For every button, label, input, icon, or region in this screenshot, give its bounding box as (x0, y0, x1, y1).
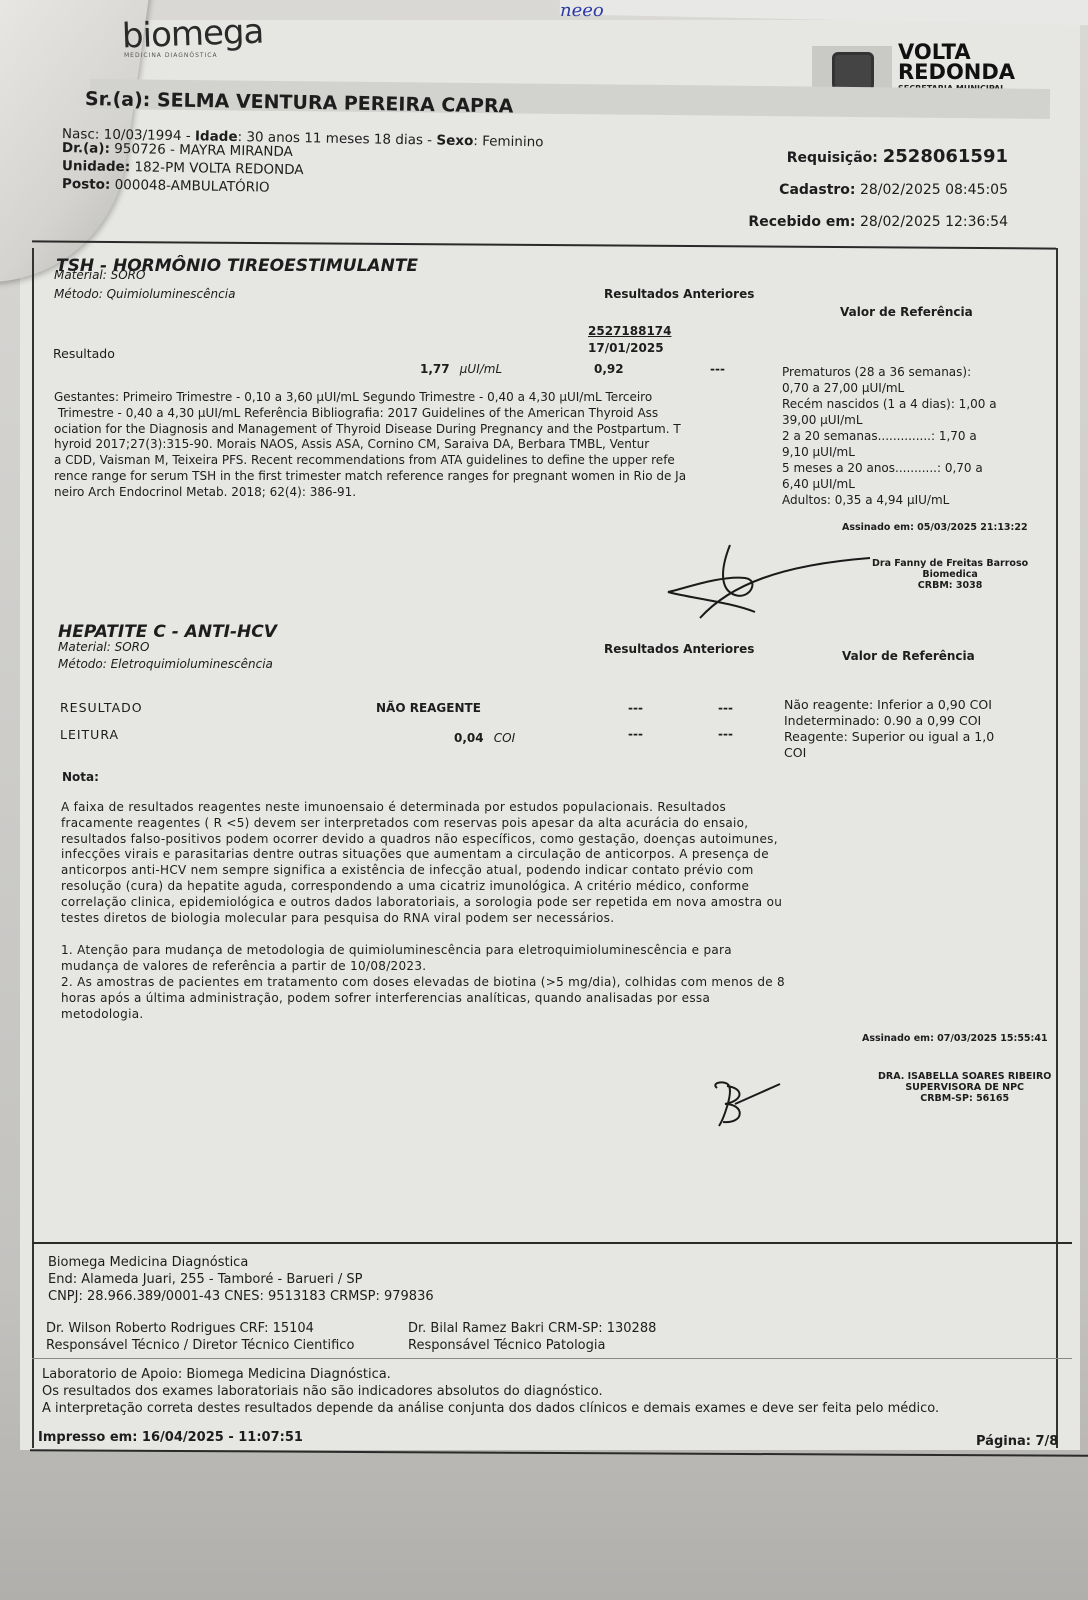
hcv-row-prev1-reading: --- (628, 727, 643, 741)
tsh-previous-date: 17/01/2025 (588, 341, 664, 355)
hcv-note-label: Nota: (62, 770, 99, 784)
hcv-reference-line: Não reagente: Inferior a 0,90 COI (784, 697, 1029, 713)
hcv-material: Material: SORO (58, 640, 149, 654)
printed-at: Impresso em: 16/04/2025 - 11:07:51 (38, 1430, 303, 1445)
hcv-reference-line: COI (784, 745, 1029, 761)
hcv-reference-header: Valor de Referência (842, 649, 975, 663)
hcv-reference-line: Reagente: Superior ou igual a 1,0 (784, 729, 1029, 745)
hcv-signed-at: Assinado em: 07/03/2025 15:55:41 (862, 1033, 1048, 1044)
request-number: Requisição: 2528061591 (787, 146, 1008, 167)
biomega-logo: biomega (121, 12, 264, 57)
tsh-reference-line: Adultos: 0,35 a 4,94 µIU/mL (782, 492, 1027, 508)
tsh-previous-value: 0,92 (594, 362, 624, 376)
tsh-reference-header: Valor de Referência (840, 305, 973, 319)
tsh-material: Material: SORO (54, 268, 145, 282)
hcv-title: HEPATITE C - ANTI-HCV (58, 622, 277, 642)
hcv-note-text: A faixa de resultados reagentes neste im… (61, 800, 791, 926)
tsh-reference-line: 2 a 20 semanas..............: 1,70 a (782, 428, 1027, 444)
hcv-row-prev2-result: --- (718, 701, 733, 715)
hcv-row-label-result: RESULTADO (60, 700, 143, 715)
tsh-note-line: neiro Arch Endocrinol Metab. 2018; 62(4)… (54, 485, 774, 501)
tsh-reference-line: 39,00 µUI/mL (782, 412, 1027, 428)
tsh-previous-header: Resultados Anteriores (604, 287, 754, 301)
tsh-signed-at: Assinado em: 05/03/2025 21:13:22 (842, 522, 1028, 533)
footer-responsible-2: Dr. Bilal Ramez Bakri CRM-SP: 130288 Res… (408, 1320, 656, 1354)
tsh-reference-line: 0,70 a 27,00 µUI/mL (782, 380, 1027, 396)
tsh-reference-line: 9,10 µUI/mL (782, 444, 1027, 460)
tsh-note-line: a CDD, Vaisman M, Teixeira PFS. Recent r… (54, 453, 774, 469)
hcv-signer: DRA. ISABELLA SOARES RIBEIRO SUPERVISORA… (878, 1071, 1051, 1104)
tsh-result-label: Resultado (53, 346, 115, 361)
municipality-title: VOLTA REDONDA (898, 42, 1015, 82)
hcv-note-item-2: 2. As amostras de pacientes em tratament… (61, 975, 791, 1022)
hcv-method: Método: Eletroquimioluminescência (58, 657, 273, 671)
hcv-reference-values: Não reagente: Inferior a 0,90 COIIndeter… (784, 697, 1029, 761)
footer-lab-info: Biomega Medicina Diagnóstica End: Alamed… (48, 1254, 434, 1305)
tsh-note-line: ociation for the Diagnosis and Managemen… (54, 422, 774, 438)
tsh-reference-values: Prematuros (28 a 36 semanas):0,70 a 27,0… (782, 364, 1027, 508)
footer-divider-2 (32, 1358, 1072, 1359)
hcv-note-item-1: 1. Atenção para mudança de metodologia d… (61, 943, 791, 975)
tsh-reference-line: Recém nascidos (1 a 4 dias): 1,00 a (782, 396, 1027, 412)
hcv-row-label-reading: LEITURA (60, 727, 119, 742)
tsh-previous-value-2: --- (710, 362, 725, 376)
hcv-signature-icon (705, 1080, 795, 1130)
received-at: Recebido em: 28/02/2025 12:36:54 (748, 214, 1008, 230)
biomega-logo-subtitle: MEDICINA DIAGNÓSTICA (124, 52, 218, 59)
tsh-signer: Dra Fanny de Freitas Barroso Biomedica C… (872, 558, 1028, 591)
handwritten-mark: neeo (560, 0, 604, 21)
tsh-note-line: Trimestre - 0,40 a 4,30 µUI/mL Referênci… (54, 406, 774, 422)
tsh-note-line: hyroid 2017;27(3):315-90. Morais NAOS, A… (54, 437, 774, 453)
page-number: Página: 7/8 (976, 1434, 1058, 1449)
hcv-row-prev2-reading: --- (718, 727, 733, 741)
tsh-previous-request: 2527188174 (588, 324, 672, 338)
tsh-reference-line: 5 meses a 20 anos...........: 0,70 a (782, 460, 1027, 476)
footer-responsible-1: Dr. Wilson Roberto Rodrigues CRF: 15104 … (46, 1320, 354, 1354)
footer-divider (32, 1242, 1072, 1244)
hcv-reference-line: Indeterminado: 0.90 a 0,99 COI (784, 713, 1029, 729)
hcv-row-value-reading: 0,04 COI (454, 727, 515, 746)
hcv-row-value-result: NÃO REAGENTE (376, 701, 481, 715)
tsh-reference-line: Prematuros (28 a 36 semanas): (782, 364, 1027, 380)
tsh-note-line: Gestantes: Primeiro Trimestre - 0,10 a 3… (54, 390, 774, 406)
hcv-previous-header: Resultados Anteriores (604, 642, 754, 656)
tsh-method: Método: Quimioluminescência (54, 287, 235, 301)
tsh-reference-line: 6,40 µUI/mL (782, 476, 1027, 492)
footer-disclaimers: Laboratorio de Apoio: Biomega Medicina D… (42, 1366, 939, 1417)
tsh-result: 1,77 µUI/mL (420, 358, 502, 377)
tsh-signature-icon (660, 540, 880, 620)
tsh-notes: Gestantes: Primeiro Trimestre - 0,10 a 3… (54, 390, 774, 501)
tsh-note-line: rence range for serum TSH in the first t… (54, 469, 774, 485)
hcv-row-prev1-result: --- (628, 701, 643, 715)
registered-at: Cadastro: 28/02/2025 08:45:05 (779, 182, 1008, 198)
page-bottom-border (30, 1449, 1088, 1457)
